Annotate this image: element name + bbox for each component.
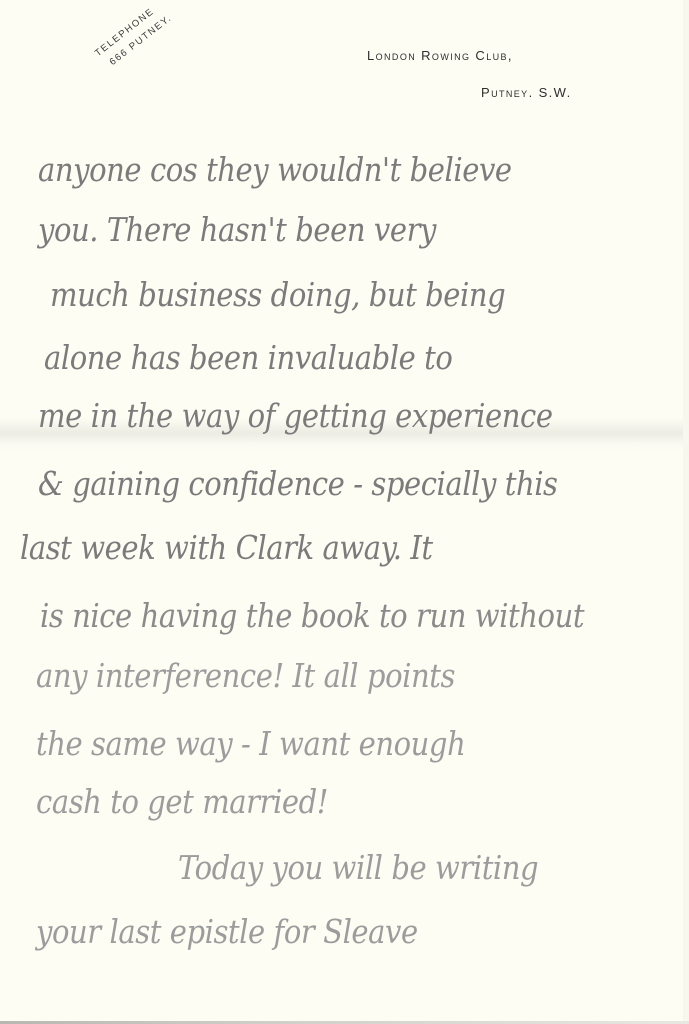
handwritten-line-3: much business doing, but being bbox=[50, 275, 505, 314]
handwritten-line-1: anyone cos they wouldn't believe bbox=[38, 150, 512, 189]
letterhead-club-name: London Rowing Club, bbox=[367, 48, 513, 63]
handwritten-line-11: cash to get married! bbox=[36, 782, 328, 821]
handwritten-line-10: the same way - I want enough bbox=[36, 724, 465, 763]
handwritten-line-13: your last epistle for Sleave bbox=[36, 912, 418, 951]
handwritten-line-7: last week with Clark away. It bbox=[20, 528, 433, 567]
handwritten-line-6: & gaining confidence - specially this bbox=[38, 464, 558, 503]
letterhead-address: Putney. S.W. bbox=[481, 85, 572, 100]
handwritten-line-5: me in the way of getting experience bbox=[38, 396, 553, 435]
handwritten-line-12: Today you will be writing bbox=[178, 848, 538, 887]
letter-page: TELEPHONE 666 PUTNEY. London Rowing Club… bbox=[0, 0, 689, 1024]
handwritten-line-4: alone has been invaluable to bbox=[44, 338, 452, 377]
paper-edge bbox=[683, 0, 689, 1024]
handwritten-line-9: any interference! It all points bbox=[36, 656, 455, 695]
handwritten-line-8: is nice having the book to run without bbox=[40, 596, 584, 635]
handwritten-line-2: you. There hasn't been very bbox=[38, 210, 436, 249]
